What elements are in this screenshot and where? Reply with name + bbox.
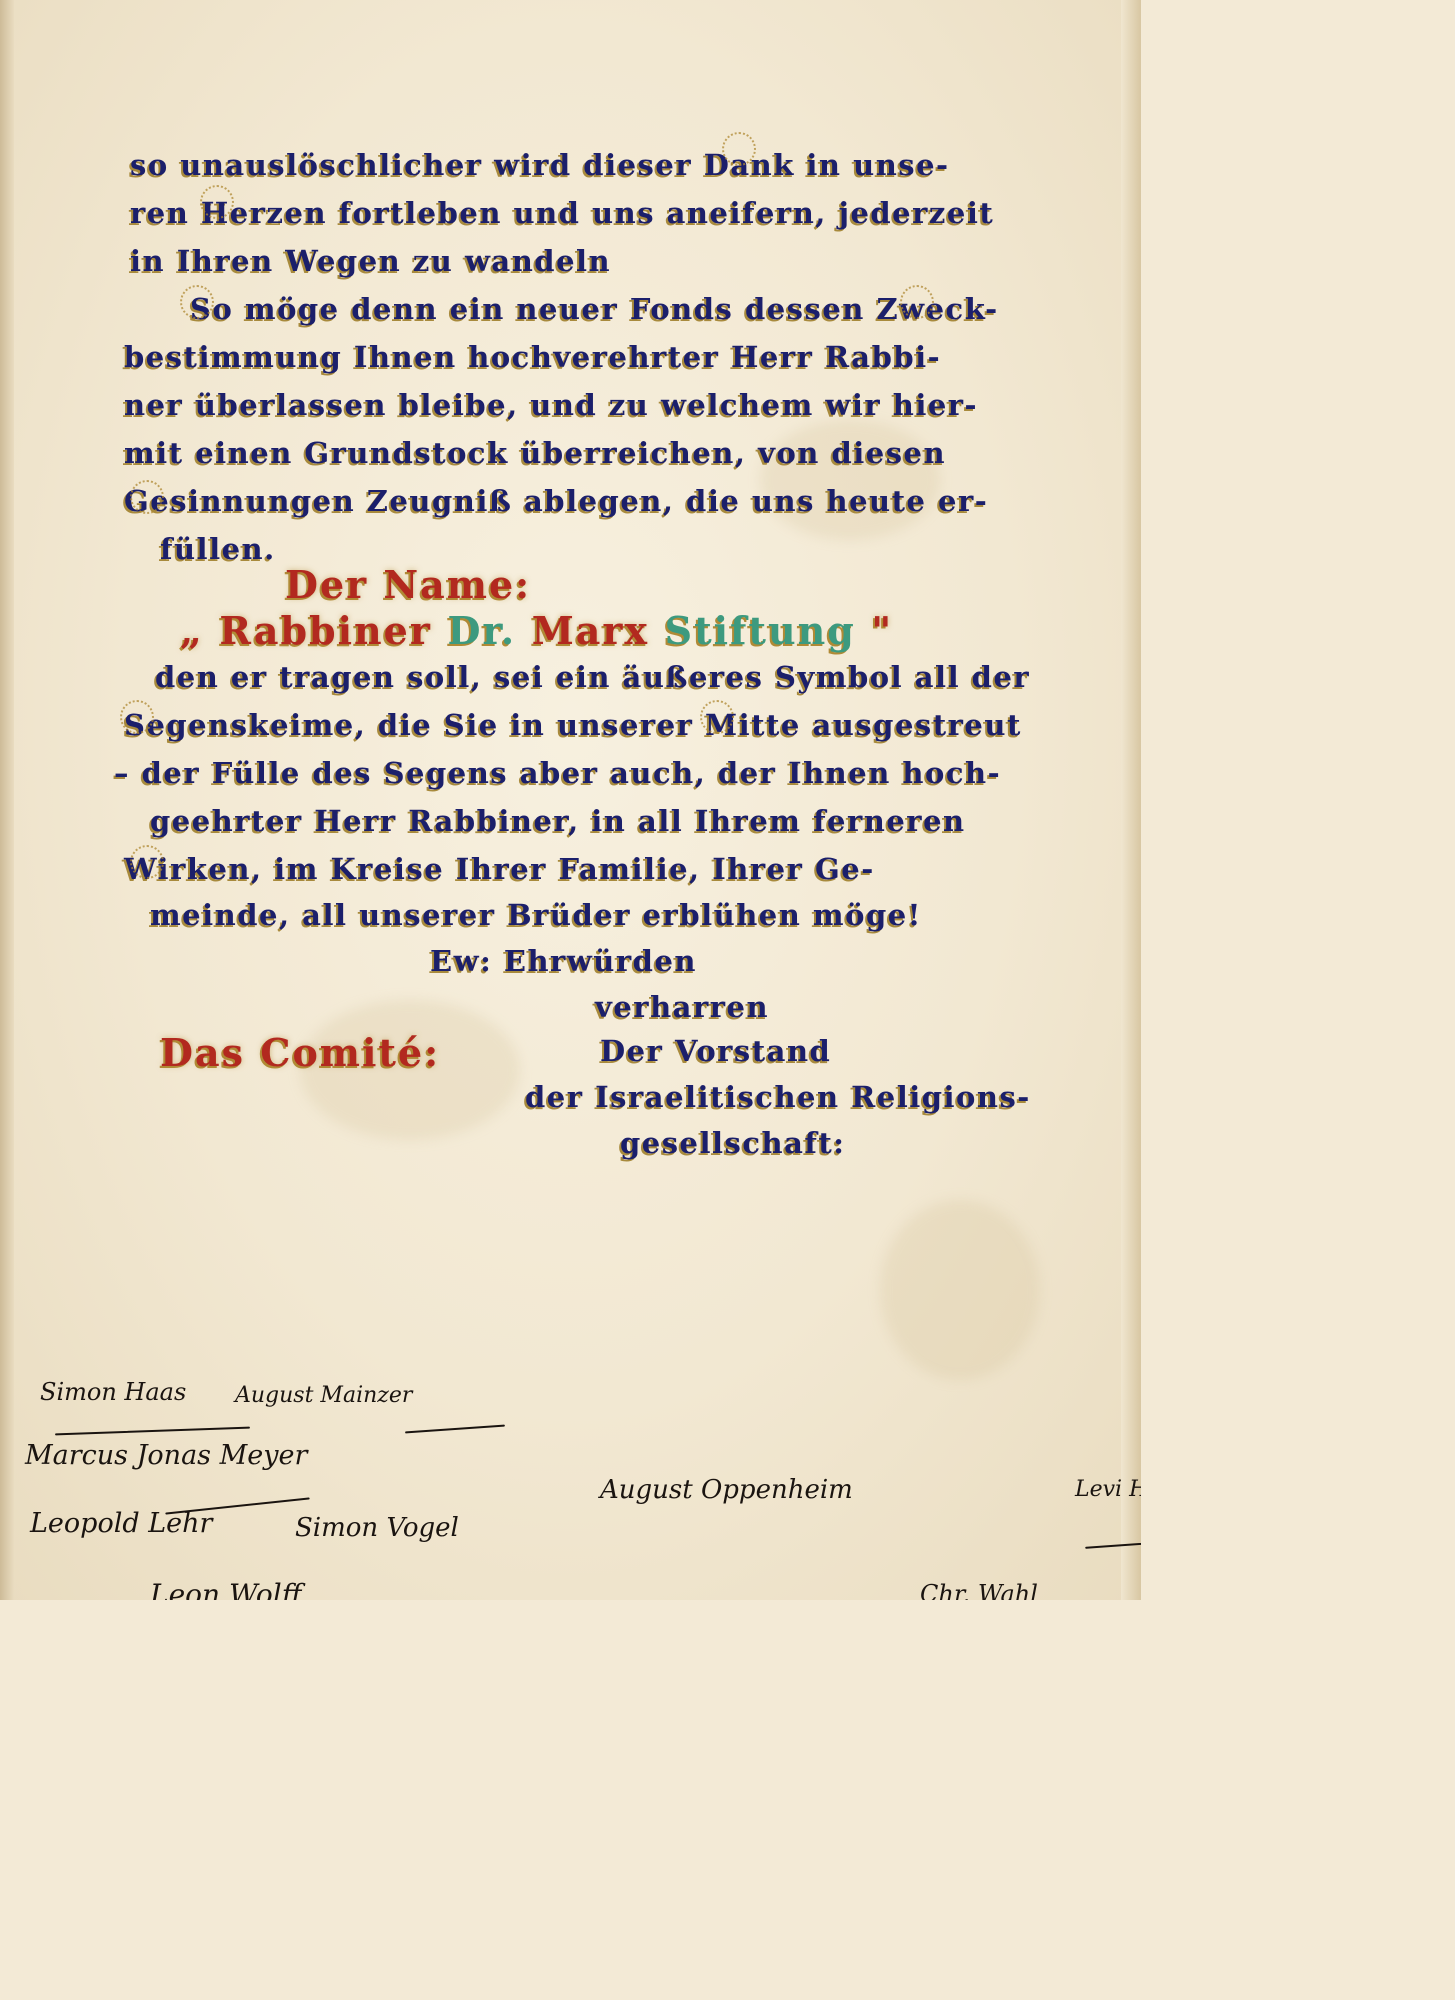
board-heading-line-3: gesellschaft: [620,1126,1141,1160]
body2-line-3: – der Fülle des Segens aber auch, der Ih… [114,756,1141,790]
foundation-name-part1: Rabbiner [219,608,431,653]
board-heading-line-1: Der Vorstand [600,1034,1141,1068]
signature: August Oppenheim [600,1475,853,1505]
signature: Simon Haas [40,1378,186,1406]
body2-line-4: geehrter Herr Rabbiner, in all Ihrem fer… [150,804,1141,838]
closing-verb: verharren [595,990,1141,1024]
signature: August Mainzer [235,1383,412,1408]
body-line-2: ren Herzen fortleben und uns aneifern, j… [130,196,1141,230]
flourish-ornament [130,845,164,879]
flourish-ornament [200,185,234,219]
foundation-name-part4: Stiftung [665,608,856,653]
body2-line-6: meinde, all unserer Brüder erblühen möge… [150,898,1141,932]
page-edge-left [0,0,14,1600]
body2-line-1: den er tragen soll, sei ein äußeres Symb… [155,660,1141,694]
body2-line-2: Segenskeime, die Sie in unserer Mitte au… [124,708,1141,742]
signature: Leopold Lehr [30,1508,212,1539]
committee-heading-text: Das Comité: [160,1030,440,1075]
foundation-close-quote: " [871,608,893,653]
signature: Levi Haas [1075,1477,1141,1502]
flourish-ornament [722,132,756,166]
body-line-9: füllen. [160,532,1141,566]
flourish-ornament [130,480,164,514]
signature-underline [405,1425,505,1434]
name-heading: Der Name: [285,562,1141,607]
closing-salutation: Ew: Ehrwürden [430,944,1141,978]
flourish-ornament [900,285,934,319]
foundation-open-quote: „ [180,608,204,653]
body2-line-5: Wirken, im Kreise Ihrer Familie, Ihrer G… [124,852,1141,886]
signature: Leon Wolff [150,1578,301,1600]
signature: Chr. Wahl [920,1580,1038,1600]
name-heading-text: Der Name: [285,562,531,607]
signature-underline [55,1427,250,1436]
flourish-ornament [700,700,734,734]
signature: Simon Vogel [295,1513,459,1543]
body-line-8: Gesinnungen Zeugniß ablegen, die uns heu… [124,484,1141,518]
board-heading-line-2: der Israelitischen Religions- [525,1080,1141,1114]
page-edge-right [1121,0,1141,1600]
body-line-5: bestimmung Ihnen hochverehrter Herr Rabb… [124,340,1141,374]
body-line-1: so unauslöschlicher wird dieser Dank in … [130,148,1141,182]
body-line-4: So möge denn ein neuer Fonds dessen Zwec… [190,292,1141,326]
flourish-ornament [180,285,214,319]
body-line-3: in Ihren Wegen zu wandeln [130,244,1141,278]
document-page: so unauslöschlicher wird dieser Dank in … [0,0,1141,1600]
paper-stain [880,1200,1040,1380]
signature: Marcus Jonas Meyer [25,1440,307,1471]
body-line-6: ner überlassen bleibe, und zu welchem wi… [124,388,1141,422]
flourish-ornament [120,700,154,734]
foundation-name-part2: Dr. [447,608,516,653]
foundation-name: „ Rabbiner Dr. Marx Stiftung " [180,608,1141,653]
foundation-name-part3: Marx [532,608,649,653]
body-line-7: mit einen Grundstock überreichen, von di… [124,436,1141,470]
